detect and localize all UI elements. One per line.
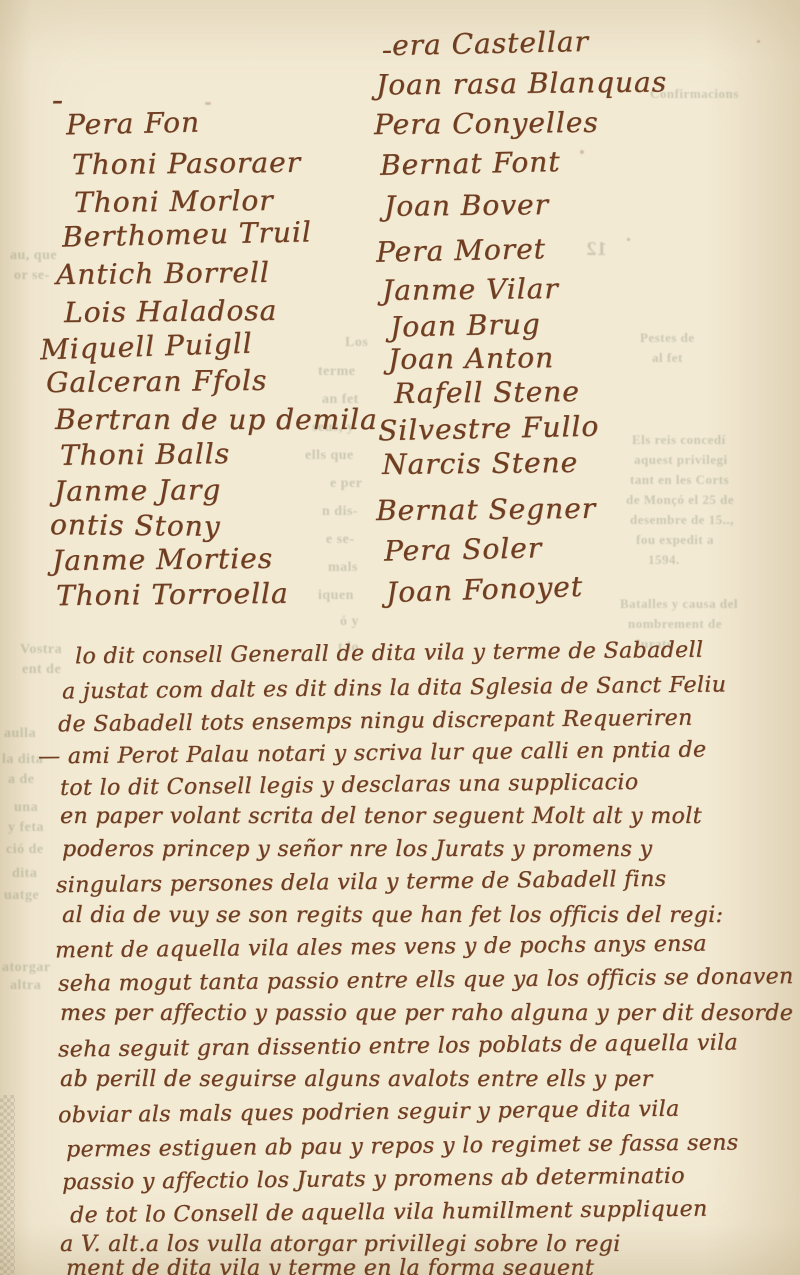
bleed-through-text: ó y (340, 614, 359, 630)
handwritten-name: Bernat Segner (376, 495, 596, 525)
stray-dash-right-column: – (382, 38, 392, 62)
handwritten-text-line: seha seguit gran dissentio entre los pob… (58, 1032, 738, 1061)
handwritten-name: Miquell Puigll (40, 330, 253, 365)
bleed-through-text: ells que (305, 448, 354, 464)
handwritten-name: Galceran Ffols (46, 367, 268, 397)
handwritten-name: Lois Haladosa (64, 297, 278, 327)
handwritten-name: Joan Brug (390, 310, 541, 341)
handwritten-name: Joan Fonoyet (386, 573, 584, 607)
handwritten-text-line: seha mogut tanta passio entre ells que y… (58, 966, 794, 996)
handwritten-name: Thoni Pasoraer (72, 149, 301, 179)
handwritten-text-line: poderos princep y señor nre los Jurats y… (62, 839, 652, 861)
bleed-through-text: tant en les Corts (630, 472, 729, 488)
ink-spot (205, 102, 211, 105)
handwritten-text-line: obviar als mals ques podrien seguir y pe… (58, 1099, 680, 1128)
handwritten-text-line: permes estiguen ab pau y repos y lo regi… (66, 1132, 739, 1161)
handwritten-name: Pera Conyelles (374, 109, 599, 139)
handwritten-name: Joan Anton (388, 344, 554, 374)
handwritten-name: Janme Vilar (382, 275, 559, 305)
bleed-through-text: terme (318, 364, 355, 380)
handwritten-name: Rafell Stene (394, 378, 580, 408)
handwritten-text-line: a justat com dalt es dit dins la dita Sg… (62, 675, 726, 704)
handwritten-text-line: de Sabadell tots ensemps ningu discrepan… (58, 708, 693, 737)
bleed-through-text: mals (328, 560, 358, 576)
bleed-through-text: aquest privilegi (634, 452, 728, 468)
handwritten-text-line: tot lo dit Consell legis y desclaras una… (60, 772, 639, 800)
bleed-through-text: Els reis concedí (632, 432, 726, 448)
bleed-through-text: e se- (326, 532, 355, 548)
bleed-through-text: y feta (8, 820, 44, 836)
bleed-through-text: Pestes de (640, 330, 695, 346)
bleed-through-text: desembre de 15.., (630, 512, 734, 528)
handwritten-name: Thoni Balls (60, 440, 230, 470)
handwritten-text-line: mes per affectio y passio que per raho a… (60, 1003, 793, 1025)
bleed-through-text: n dis- (322, 504, 358, 520)
bleed-through-text: e per (330, 476, 362, 492)
bleed-through-text: dita (12, 866, 37, 882)
bleed-through-text: una (14, 800, 38, 816)
handwritten-name: Janme Jarg (54, 476, 221, 506)
handwritten-name: Joan rasa Blanquas (376, 68, 667, 99)
handwritten-name: era Castellar (392, 28, 589, 60)
bleed-through-text: ent de (22, 662, 61, 678)
manuscript-page-scan: – – au, queor se-Lostermean fetseus, yel… (0, 0, 800, 1275)
bleed-through-text: or se- (14, 268, 50, 284)
bleed-through-text: Vostra (20, 642, 62, 658)
handwritten-text-line: de tot lo Consell de aquella vila humill… (70, 1199, 708, 1228)
bleed-through-text: 1594. (648, 552, 680, 568)
handwritten-name: Thoni Torroella (56, 580, 289, 610)
bleed-through-text: a de (8, 772, 35, 788)
bleed-through-text: au, que (10, 248, 57, 264)
ink-spot (580, 150, 584, 154)
handwritten-name: ontis Stony (50, 511, 221, 541)
handwritten-text-line: a V. alt.a los vulla atorgar privillegi … (60, 1234, 621, 1256)
bleed-through-text: uatge (4, 888, 39, 904)
ink-spot (757, 40, 760, 43)
handwritten-name: Janme Morties (52, 545, 273, 575)
bleed-through-text: Batalles y causa del (620, 596, 738, 612)
handwritten-text-line: ab perill de seguirse alguns avalots ent… (60, 1069, 653, 1091)
handwritten-name: Narcis Stene (382, 449, 578, 479)
handwritten-name: Bertran de up demila (55, 406, 378, 434)
handwritten-name: Thoni Morlor (74, 187, 274, 217)
bleed-through-text: al fet (652, 350, 683, 366)
handwritten-name: Antich Borrell (56, 259, 270, 289)
ink-spot (627, 238, 630, 241)
bleed-through-text: 12 (586, 238, 607, 261)
handwritten-name: Pera Moret (376, 235, 546, 267)
handwritten-name: Silvestre Fullo (378, 413, 600, 446)
bleed-through-text: de Monçó el 25 de (626, 492, 734, 508)
handwritten-name: Pera Fon (66, 109, 200, 140)
bleed-through-text: nombrement de (628, 616, 722, 632)
handwritten-text-line: singulars persones dela vila y terme de … (56, 869, 667, 897)
handwritten-text-line: lo dit consell Generall de dita vila y t… (75, 640, 704, 669)
handwritten-text-line: passio y affectio los Jurats y promens a… (62, 1166, 685, 1195)
handwritten-text-line: ment de dita vila y terme en la forma se… (66, 1258, 594, 1275)
bleed-through-text: Los (345, 335, 368, 351)
handwritten-text-line: en paper volant scrita del tenor seguent… (60, 806, 702, 828)
handwritten-name: Joan Bover (384, 191, 549, 221)
bleed-through-text: aulla (4, 726, 36, 742)
stray-dash-left: – (52, 88, 63, 114)
bleed-through-text: ció de (6, 842, 44, 858)
scan-edge-texture (0, 1095, 15, 1275)
bleed-through-text: iquen (318, 588, 354, 604)
handwritten-name: Berthomeu Truil (62, 218, 312, 251)
handwritten-text-line: — ami Perot Palau notari y scriva lur qu… (38, 740, 707, 769)
bleed-through-text: fou expedit a (636, 532, 714, 548)
bleed-through-text: atorgar (2, 960, 51, 976)
handwritten-name: Bernat Font (380, 148, 561, 180)
handwritten-name: Pera Soler (384, 534, 543, 565)
handwritten-text-line: ment de aquella vila ales mes vens y de … (55, 934, 707, 963)
bleed-through-text: altra (10, 978, 41, 994)
handwritten-text-line: al dia de vuy se son regits que han fet … (62, 905, 723, 927)
